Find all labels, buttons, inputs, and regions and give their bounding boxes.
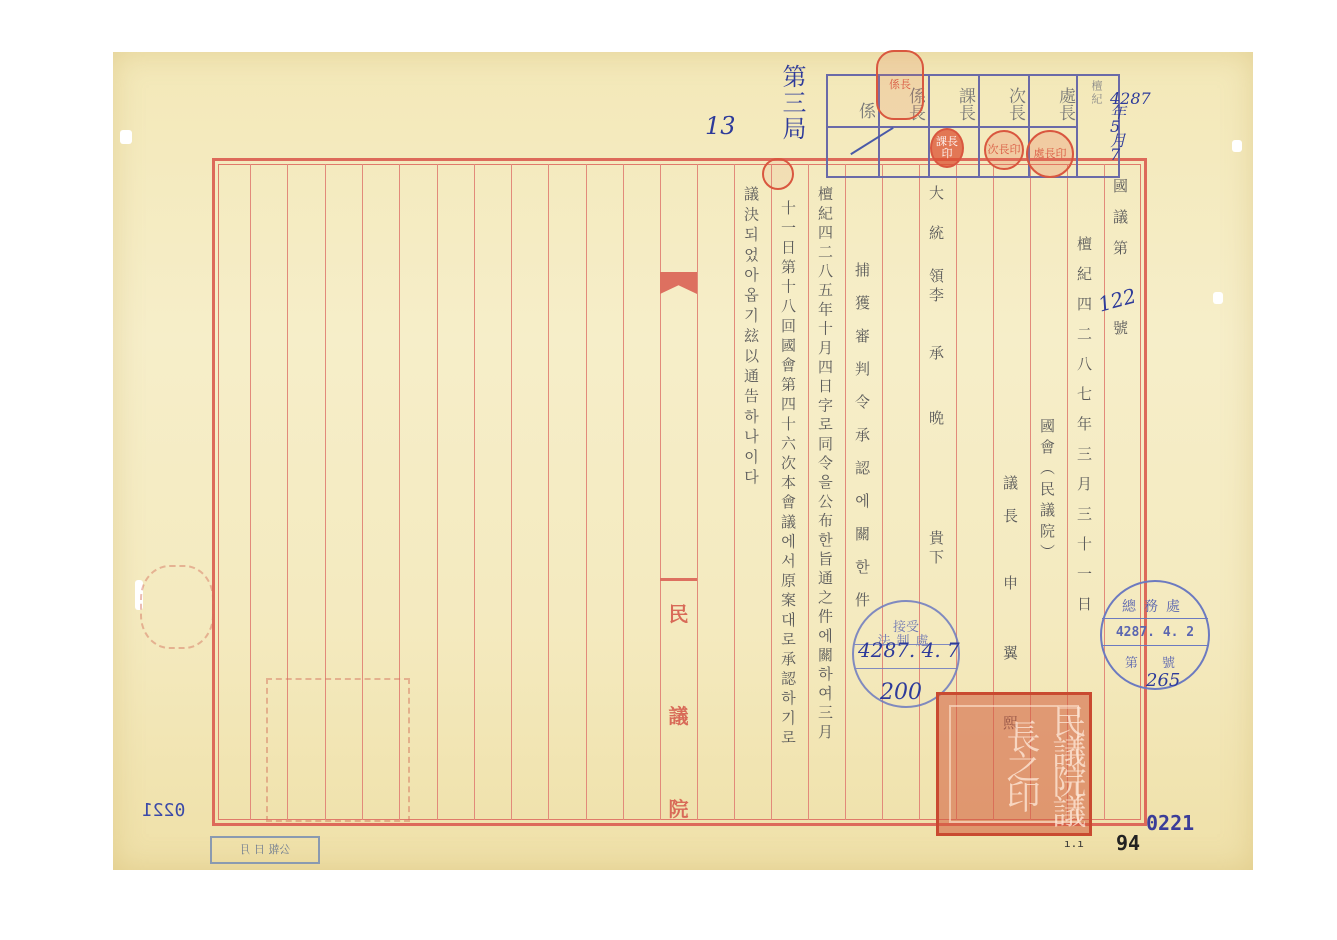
column-rule xyxy=(1104,164,1105,820)
approval-label-vice-director: 次長 xyxy=(978,84,1028,124)
letter-body-col-3: 議決되었아옵기玆以通告하나이다 xyxy=(741,186,762,489)
column-rule xyxy=(586,164,587,820)
band-rule xyxy=(660,578,697,581)
faint-round-seal xyxy=(762,158,794,190)
gazette-stamp: 公報 日 月 xyxy=(210,836,320,864)
column-rule xyxy=(845,164,846,820)
stamp-bottom-text: 第 號 xyxy=(1102,652,1208,671)
column-rule xyxy=(548,164,549,820)
stamp-date: 4287. 4. 2 xyxy=(1102,625,1208,640)
handwritten-approval-date: 4287 年 5 月 7 xyxy=(1110,92,1140,162)
stamp-rule xyxy=(854,668,958,669)
doc-number-suffix: 號 xyxy=(1110,320,1131,351)
column-rule xyxy=(734,164,735,820)
band-char-min: 民 xyxy=(660,598,697,627)
letter-body-col-1: 檀紀四二八五年十月四日字로同令을公布한旨通之件에關하여三月 xyxy=(815,186,836,743)
stamp-top-text: 總務處 xyxy=(1102,596,1208,616)
stamp-rule xyxy=(1102,645,1208,646)
official-seal-text: 民議院議長之印 xyxy=(939,695,1089,833)
paper-tear xyxy=(1232,140,1242,152)
column-rule xyxy=(623,164,624,820)
recipient-1: 大 xyxy=(926,185,947,216)
column-rule xyxy=(808,164,809,820)
handwritten-legislation-number: 200 xyxy=(880,680,922,705)
handwritten-legislation-date: 4287. 4. 7 xyxy=(858,638,960,662)
sender-name-1: 申 xyxy=(1000,575,1021,606)
band-char-ui: 議 xyxy=(660,700,697,729)
paper-tear xyxy=(120,130,132,144)
speaker-official-seal: 民議院議長之印 xyxy=(936,692,1092,836)
director-seal: 處長印 xyxy=(1026,130,1074,178)
letter-subject: 捕獲審判令承認에關한件 xyxy=(852,262,873,625)
section-chief-seal: 課長印 xyxy=(930,128,964,168)
center-band: 民 議 院 xyxy=(660,260,697,820)
vice-director-seal: 次長印 xyxy=(984,130,1024,170)
handwritten-page-ref: 13 xyxy=(705,112,736,140)
chief-clerk-seal: 係長 xyxy=(876,50,924,120)
approval-label-clerk: 係 xyxy=(828,90,878,130)
recipient-5: 晩 xyxy=(926,410,947,441)
column-rule xyxy=(511,164,512,820)
band-char-won: 院 xyxy=(660,793,697,822)
letter-date: 檀紀四二八七年三月三十一日 xyxy=(1074,236,1095,626)
column-rule xyxy=(882,164,883,820)
column-rule xyxy=(474,164,475,820)
recipient-4: 承 xyxy=(926,345,947,376)
recipient-6: 貴下 xyxy=(926,530,947,568)
faded-round-seal xyxy=(140,565,214,649)
mirrored-code: 0221 xyxy=(142,800,185,821)
column-rule xyxy=(437,164,438,820)
stamp-middle-text: 接受 xyxy=(854,616,958,635)
handwritten-general-affairs-number: 265 xyxy=(1146,670,1180,691)
faded-square-seal xyxy=(266,678,410,822)
page-number: 94 xyxy=(1116,831,1140,855)
page-mark: ı.ı xyxy=(1064,837,1084,850)
column-rule xyxy=(771,164,772,820)
recipient-2: 統 xyxy=(926,225,947,256)
approval-label-director: 處長 xyxy=(1028,84,1078,124)
stamp-rule xyxy=(1102,618,1208,619)
approval-label-section-chief: 課長 xyxy=(928,84,978,124)
handwritten-receipt-mark: 第三局 xyxy=(775,64,810,142)
letter-body-col-2: 十一日第十八回國會第四十六次本會議에서原案대로承認하기로 xyxy=(778,200,799,749)
date-printed: 檀紀 xyxy=(1088,80,1104,106)
column-rule xyxy=(919,164,920,820)
sender-title: 議長 xyxy=(1000,475,1021,541)
recipient-3: 領李 xyxy=(926,268,947,306)
column-rule xyxy=(697,164,698,820)
ribbon-ornament xyxy=(660,272,697,294)
sender-name-2: 翼 xyxy=(1000,645,1021,676)
column-rule xyxy=(250,164,251,820)
doc-number-label: 國議第 xyxy=(1110,178,1131,271)
paper-tear xyxy=(1213,292,1223,304)
document-code: 0221 xyxy=(1146,811,1194,835)
sender-org: 國會（民議院） xyxy=(1037,418,1058,565)
